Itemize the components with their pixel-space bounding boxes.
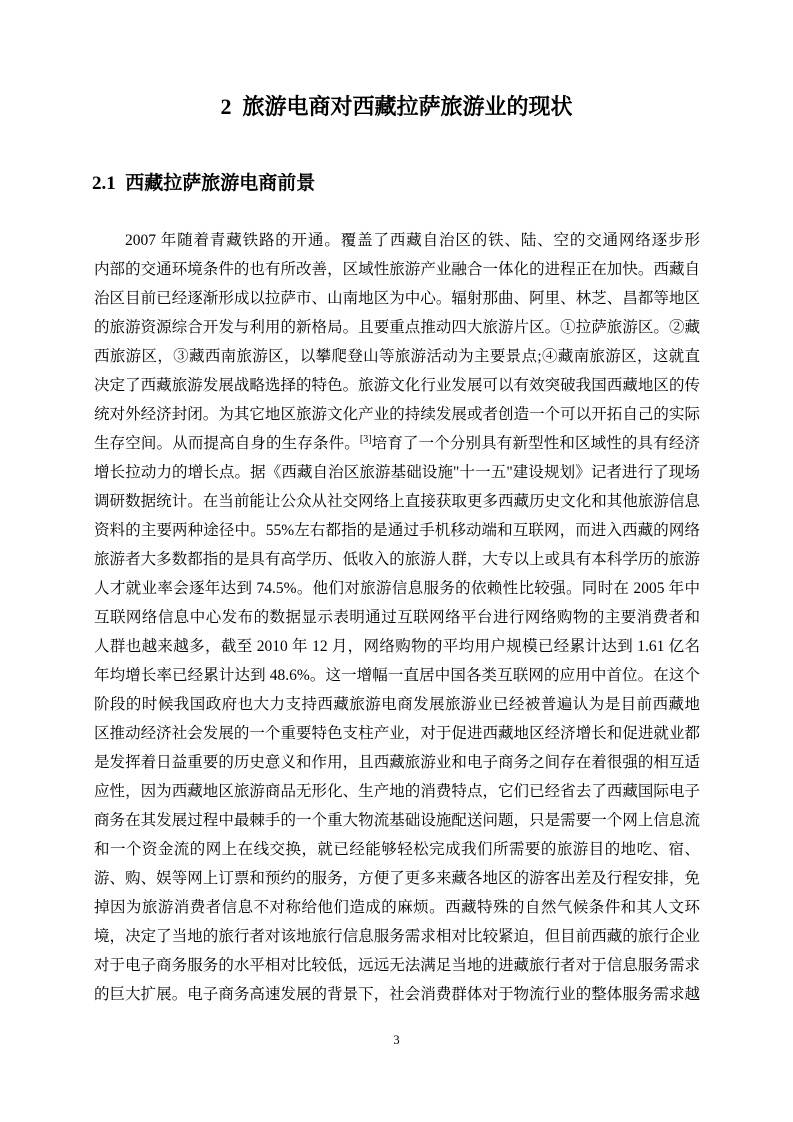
paragraph-line: 决定了西藏旅游发展战略选择的特色。旅游文化行业发展可以有效突破我国西藏地区的传 [94,371,700,400]
paragraph-line: 是发挥着日益重要的历史意义和作用，且西藏旅游业和电子商务之间存在着很强的相互适 [94,748,700,777]
document-page: 2 旅游电商对西藏拉萨旅游业的现状 2.1 西藏拉萨旅游电商前景 2007 年随… [0,0,793,1122]
paragraph-line: 对于电子商务服务的水平相对比较低，远远无法满足当地的进藏旅行者对于信息服务需求 [94,951,700,980]
paragraph-line: 资料的主要两种途径中。55%左右都指的是通过手机移动端和互联网，而进入西藏的网络 [94,516,700,545]
paragraph-line: 年均增长率已经累计达到 48.6%。这一增幅一直居中国各类互联网的应用中首位。在… [94,661,700,690]
paragraph-line: 的旅游资源综合开发与利用的新格局。且要重点推动四大旅游片区。①拉萨旅游区。②藏 [94,313,700,342]
paragraph-line: 阶段的时候我国政府也大力支持西藏旅游电商发展旅游业已经被普遍认为是目前西藏地 [94,690,700,719]
paragraph-line: 西旅游区，③藏西南旅游区，以攀爬登山等旅游活动为主要景点;④藏南旅游区，这就直接 [94,342,700,371]
paragraph-line: 治区目前已经逐渐形成以拉萨市、山南地区为中心。辐射那曲、阿里、林芝、昌都等地区 [94,284,700,313]
paragraph-line: 人才就业率会逐年达到 74.5%。他们对旅游信息服务的依赖性比较强。同时在 20… [94,574,700,603]
paragraph-line: 境，决定了当地的旅行者对该地旅行信息服务需求相对比较紧迫，但目前西藏的旅行企业 [94,922,700,951]
paragraph-line: 调研数据统计。在当前能让公众从社交网络上直接获取更多西藏历史文化和其他旅游信息 [94,487,700,516]
paragraph: 2007 年随着青藏铁路的开通。覆盖了西藏自治区的铁、陆、空的交通网络逐步形成，… [94,226,700,1009]
paragraph-line: 区推动经济社会发展的一个重要特色支柱产业，对于促进西藏地区经济增长和促进就业都 [94,719,700,748]
paragraph-line: 人群也越来越多，截至 2010 年 12 月，网络购物的平均用户规模已经累计达到… [94,632,700,661]
paragraph-line: 商务在其发展过程中最棘手的一个重大物流基础设施配送问题，只是需要一个网上信息流 [94,806,700,835]
section-heading: 2.1 西藏拉萨旅游电商前景 [92,168,315,195]
paragraph-line: 增长拉动力的增长点。据《西藏自治区旅游基础设施"十一五"建设规划》记者进行了现场 [94,458,700,487]
footnote-reference: [3] [360,434,372,445]
paragraph-line: 应性，因为西藏地区旅游商品无形化、生产地的消费特点，它们已经省去了西藏国际电子 [94,777,700,806]
page-number: 3 [0,1033,793,1048]
paragraph-line: 和一个资金流的网上在线交换，就已经能够轻松完成我们所需要的旅游目的地吃、宿、行、 [94,835,700,864]
paragraph-line: 旅游者大多数都指的是具有高学历、低收入的旅游人群，大专以上或具有本科学历的旅游 [94,545,700,574]
paragraph-line: 生存空间。从而提高自身的生存条件。[3]培育了一个分别具有新型性和区域性的具有经… [94,429,700,458]
chapter-title: 2 旅游电商对西藏拉萨旅游业的现状 [0,90,793,121]
paragraph-line: 游、购、娱等网上订票和预约的服务，方便了更多来藏各地区的游客出差及行程安排，免 [94,864,700,893]
paragraph-line: 2007 年随着青藏铁路的开通。覆盖了西藏自治区的铁、陆、空的交通网络逐步形成， [94,226,700,255]
paragraph-line: 统对外经济封闭。为其它地区旅游文化产业的持续发展或者创造一个可以开拓自己的实际 [94,400,700,429]
paragraph-line: 的巨大扩展。电子商务高速发展的背景下，社会消费群体对于物流行业的整体服务需求越 [94,980,700,1009]
paragraph-line: 互联网络信息中心发布的数据显示表明通过互联网络平台进行网络购物的主要消费者和 [94,603,700,632]
paragraph-line: 掉因为旅游消费者信息不对称给他们造成的麻烦。西藏特殊的自然气候条件和其人文环 [94,893,700,922]
paragraph-line: 内部的交通环境条件的也有所改善，区域性旅游产业融合一体化的进程正在加快。西藏自 [94,255,700,284]
